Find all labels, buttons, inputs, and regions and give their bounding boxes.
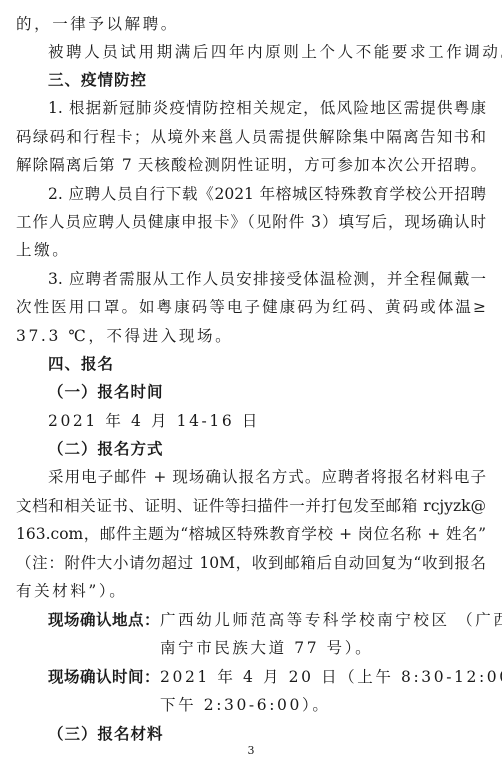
paragraph-line: 37.3 ℃，不得进入现场。 bbox=[16, 326, 486, 346]
paragraph-line: 次性医用口罩。如粤康码等电子健康码为红码、黄码或体温≥ bbox=[16, 297, 486, 317]
site-location-value-cont: 南宁市民族大道 77 号）。 bbox=[160, 638, 486, 658]
paragraph-line: 工作人员应聘人员健康申报卡》（见附件 3）填写后，现场确认时 bbox=[16, 212, 486, 232]
subsection-heading: （二）报名方式 bbox=[48, 439, 486, 459]
paragraph-line: 码绿码和行程卡；从境外来邕人员需提供解除集中隔离告知书和 bbox=[16, 127, 486, 147]
subsection-heading: （一）报名时间 bbox=[48, 382, 486, 402]
paragraph-line: 2. 应聘人员自行下载《2021 年榕城区特殊教育学校公开招聘 bbox=[48, 184, 486, 204]
paragraph-line: 2021 年 4 月 14-16 日 bbox=[48, 411, 486, 431]
paragraph-line: 3. 应聘者需服从工作人员安排接受体温检测，并全程佩戴一 bbox=[48, 269, 486, 289]
section-heading: 三、疫情防控 bbox=[48, 70, 486, 90]
paragraph-line: 解除隔离后第 7 天核酸检测阴性证明，方可参加本次公开招聘。 bbox=[16, 155, 486, 175]
paragraph-line: （注：附件大小请勿超过 10M，收到邮箱后自动回复为“收到报名 bbox=[16, 553, 486, 573]
paragraph-line: 163.com，邮件主题为“榕城区特殊教育学校 + 岗位名称 + 姓名” bbox=[16, 524, 486, 544]
site-time-value-cont: 下午 2:30-6:00）。 bbox=[160, 695, 486, 715]
paragraph-line: 有关材料”）。 bbox=[16, 581, 486, 601]
site-time-row: 现场确认时间：2021 年 4 月 20 日（上午 8:30-12:00、 bbox=[48, 667, 486, 687]
section-heading: 四、报名 bbox=[48, 354, 486, 374]
paragraph-line: 文档和相关证书、证明、证件等扫描件一并打包发至邮箱 rcjyzk@ bbox=[16, 496, 486, 516]
page-number: 3 bbox=[0, 744, 502, 757]
site-location-value: 广西幼儿师范高等专科学校南宁校区 （广西 bbox=[160, 611, 502, 629]
site-time-value: 2021 年 4 月 20 日（上午 8:30-12:00、 bbox=[160, 668, 502, 686]
paragraph-line: 采用电子邮件 + 现场确认报名方式。应聘者将报名材料电子 bbox=[48, 467, 486, 487]
paragraph-line: 上缴。 bbox=[16, 240, 486, 260]
site-location-label: 现场确认地点： bbox=[48, 611, 160, 629]
site-time-label: 现场确认时间： bbox=[48, 668, 160, 686]
paragraph-line: 的，一律予以解聘。 bbox=[16, 14, 486, 34]
subsection-heading: （三）报名材料 bbox=[48, 724, 486, 744]
paragraph-line: 被聘人员试用期满后四年内原则上个人不能要求工作调动。 bbox=[48, 42, 486, 62]
paragraph-line: 1. 根据新冠肺炎疫情防控相关规定，低风险地区需提供粤康 bbox=[48, 98, 486, 118]
site-location-row: 现场确认地点：广西幼儿师范高等专科学校南宁校区 （广西 bbox=[48, 610, 486, 630]
